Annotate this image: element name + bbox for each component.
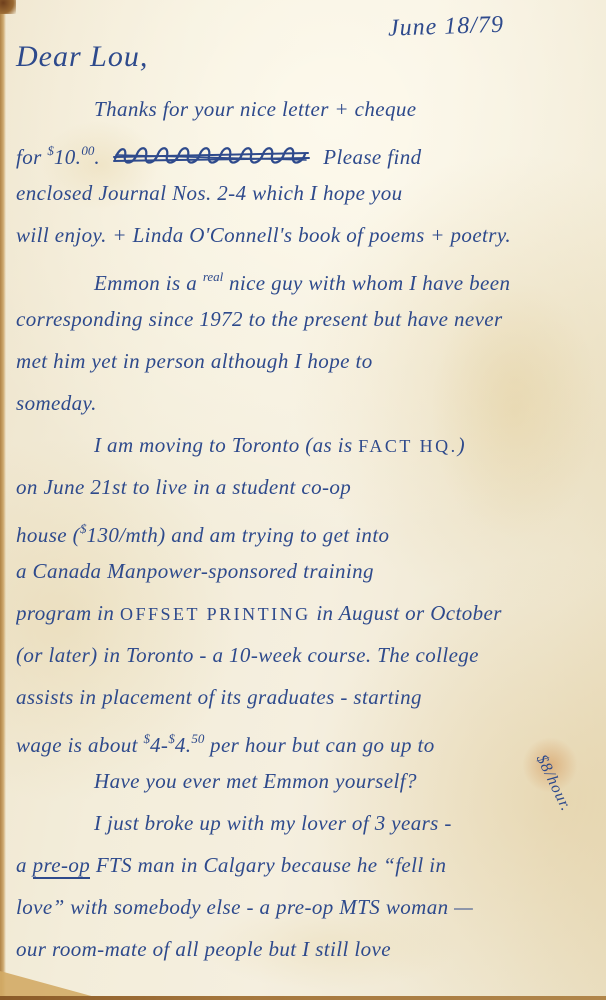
paper-bottom-edge	[0, 996, 606, 1000]
letter-line: on June 21st to live in a student co-op	[16, 466, 602, 508]
letter-text-segment: .	[94, 145, 105, 169]
letter-page: June 18/79 Dear Lou, Thanks for your nic…	[0, 0, 606, 1000]
letter-body: Thanks for your nice letter + chequefor …	[16, 88, 602, 970]
letter-line: met him yet in person although I hope to	[16, 340, 602, 382]
letter-text-segment: I just broke up with my lover of 3 years…	[94, 811, 452, 835]
letter-text-segment: program in	[16, 601, 120, 625]
letter-line: a pre-op FTS man in Calgary because he “…	[16, 844, 602, 886]
paper-left-edge	[0, 0, 6, 1000]
letter-text-segment: on June 21st to live in a student co-op	[16, 475, 351, 499]
letter-text-segment: love” with somebody else - a pre-op MTS …	[16, 895, 473, 919]
letter-line: wage is about $4-$4.50 per hour but can …	[16, 718, 602, 760]
paper-corner-mark	[0, 0, 16, 14]
letter-text-segment: nice guy with whom I have been	[223, 271, 510, 295]
letter-text-segment: our room-mate of all people but I still …	[16, 937, 391, 961]
letter-text-segment: house (	[16, 523, 80, 547]
letter-text-segment: someday.	[16, 391, 97, 415]
letter-text-segment: Emmon is a	[94, 271, 203, 295]
letter-line: house ($130/mth) and am trying to get in…	[16, 508, 602, 550]
letter-text-segment: 50	[191, 731, 204, 746]
letter-date: June 18/79	[388, 8, 599, 42]
letter-text-segment: 4.	[175, 733, 192, 757]
letter-text-segment: met him yet in person although I hope to	[16, 349, 373, 373]
letter-line: I am moving to Toronto (as is FACT HQ.)	[16, 424, 602, 466]
letter-text-segment: assists in placement of its graduates - …	[16, 685, 422, 709]
letter-text-segment: OFFSET PRINTING	[120, 604, 311, 624]
letter-text-segment: 10.	[54, 145, 81, 169]
letter-text-segment: real	[203, 269, 223, 284]
letter-text-segment: 130/mth) and am trying to get into	[87, 523, 390, 547]
letter-text-segment: will enjoy. + Linda O'Connell's book of …	[16, 223, 511, 247]
letter-text-segment: in August or October	[311, 601, 502, 625]
letter-text-segment: pre-op	[33, 853, 91, 879]
letter-text-segment: Please find	[318, 145, 422, 169]
paper-corner-fold	[0, 971, 95, 997]
letter-line: I just broke up with my lover of 3 years…	[16, 802, 602, 844]
letter-line: Have you ever met Emmon yourself?	[16, 760, 602, 802]
letter-text-segment: Have you ever met Emmon yourself?	[94, 769, 417, 793]
letter-line: will enjoy. + Linda O'Connell's book of …	[16, 214, 602, 256]
letter-line: Emmon is a real nice guy with whom I hav…	[16, 256, 602, 298]
letter-text-segment: I am moving to Toronto (as is	[94, 433, 358, 457]
letter-line: a Canada Manpower-sponsored training	[16, 550, 602, 592]
letter-text-segment: FTS man in Calgary because he “fell in	[90, 853, 446, 877]
letter-text-segment: )	[458, 433, 465, 457]
letter-salutation: Dear Lou,	[16, 40, 148, 74]
letter-line: corresponding since 1972 to the present …	[16, 298, 602, 340]
letter-line: assists in placement of its graduates - …	[16, 676, 602, 718]
letter-text-segment: per hour but can go up to	[204, 733, 434, 757]
letter-text-segment: 00	[81, 143, 94, 158]
letter-text-segment: enclosed Journal Nos. 2-4 which I hope y…	[16, 181, 403, 205]
letter-text-segment: for	[16, 145, 47, 169]
letter-line: for $10.00. Please find	[16, 130, 602, 172]
letter-text-segment: a	[16, 853, 33, 877]
letter-line: Thanks for your nice letter + cheque	[16, 88, 602, 130]
letter-line: enclosed Journal Nos. 2-4 which I hope y…	[16, 172, 602, 214]
letter-text-segment: wage is about	[16, 733, 144, 757]
letter-text-segment: FACT HQ.	[358, 436, 457, 456]
letter-text-segment: 4-	[150, 733, 168, 757]
letter-line: program in OFFSET PRINTING in August or …	[16, 592, 602, 634]
letter-text-segment: corresponding since 1972 to the present …	[16, 307, 503, 331]
letter-line: someday.	[16, 382, 602, 424]
scribble-strikeout-icon	[112, 144, 312, 168]
letter-line: (or later) in Toronto - a 10-week course…	[16, 634, 602, 676]
letter-line: love” with somebody else - a pre-op MTS …	[16, 886, 602, 928]
letter-text-segment: a Canada Manpower-sponsored training	[16, 559, 374, 583]
letter-text-segment: Thanks for your nice letter + cheque	[94, 97, 417, 121]
letter-text-segment: (or later) in Toronto - a 10-week course…	[16, 643, 479, 667]
letter-line: our room-mate of all people but I still …	[16, 928, 602, 970]
